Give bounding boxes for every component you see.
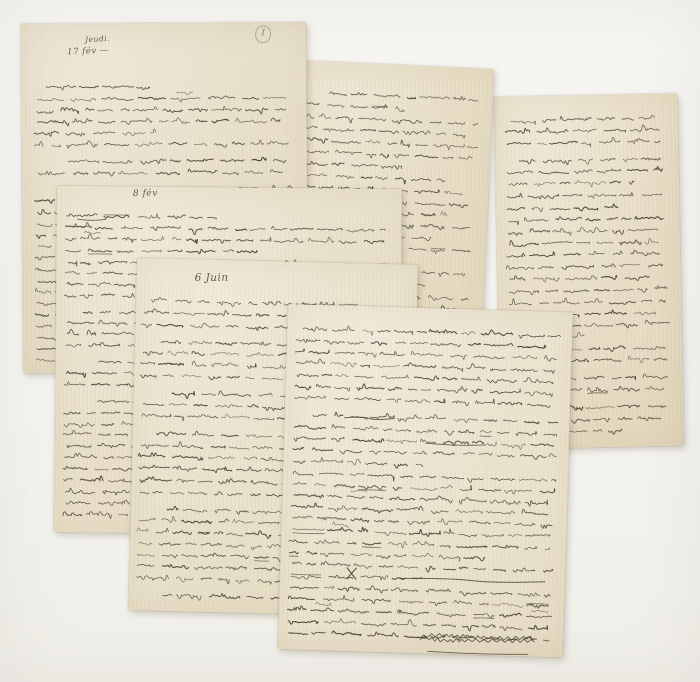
manuscript-photo: Jeudi. 17 fév — 1 8 fév 6 Juin bbox=[0, 0, 700, 682]
handwriting-bottom-right-page bbox=[278, 304, 573, 657]
page-heading-day: Jeudi. bbox=[85, 34, 110, 44]
page-heading-date: 8 fév bbox=[133, 188, 158, 199]
page-heading-date: 6 Juin bbox=[194, 272, 228, 284]
manuscript-page-bottom-right bbox=[278, 304, 573, 657]
page-heading-date: 17 fév — bbox=[67, 46, 109, 58]
